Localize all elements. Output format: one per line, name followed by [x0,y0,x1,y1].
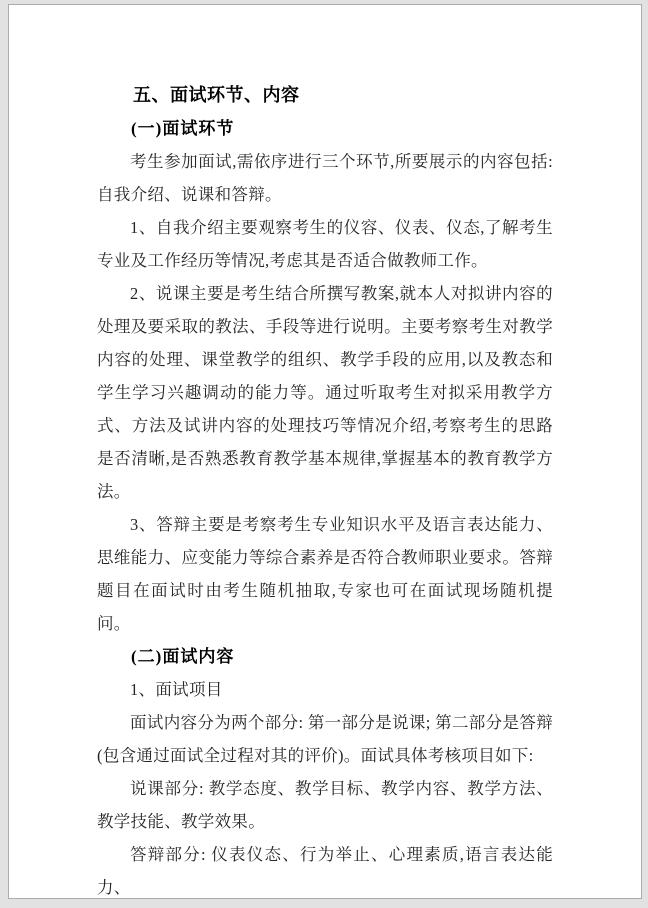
subsection-heading: (二)面试内容 [97,640,553,673]
subsection-heading: (一)面试环节 [97,112,553,145]
body-paragraph: 面试内容分为两个部分: 第一部分是说课; 第二部分是答辩(包含通过面试全过程对其… [97,706,553,772]
body-paragraph: 1、面试项目 [97,673,553,706]
body-paragraph: 2、说课主要是考生结合所撰写教案,就本人对拟讲内容的处理及要采取的教法、手段等进… [97,277,553,508]
body-paragraph: 说课部分: 教学态度、教学目标、教学内容、教学方法、教学技能、教学效果。 [97,772,553,838]
section-heading: 五、面试环节、内容 [97,79,553,112]
body-paragraph: 考生参加面试,需依序进行三个环节,所要展示的内容包括: 自我介绍、说课和答辩。 [97,145,553,211]
body-paragraph: 答辩部分: 仪表仪态、行为举止、心理素质,语言表达能力、 [97,838,553,904]
body-paragraph: 1、自我介绍主要观察考生的仪容、仪表、仪态,了解考生专业及工作经历等情况,考虑其… [97,211,553,277]
app-background: { "page": { "background_color": "#e2e2e2… [0,0,648,908]
document-page: 五、面试环节、内容(一)面试环节考生参加面试,需依序进行三个环节,所要展示的内容… [8,4,642,899]
body-paragraph: 3、答辩主要是考察考生专业知识水平及语言表达能力、思维能力、应变能力等综合素养是… [97,508,553,640]
document-content: 五、面试环节、内容(一)面试环节考生参加面试,需依序进行三个环节,所要展示的内容… [97,79,553,898]
